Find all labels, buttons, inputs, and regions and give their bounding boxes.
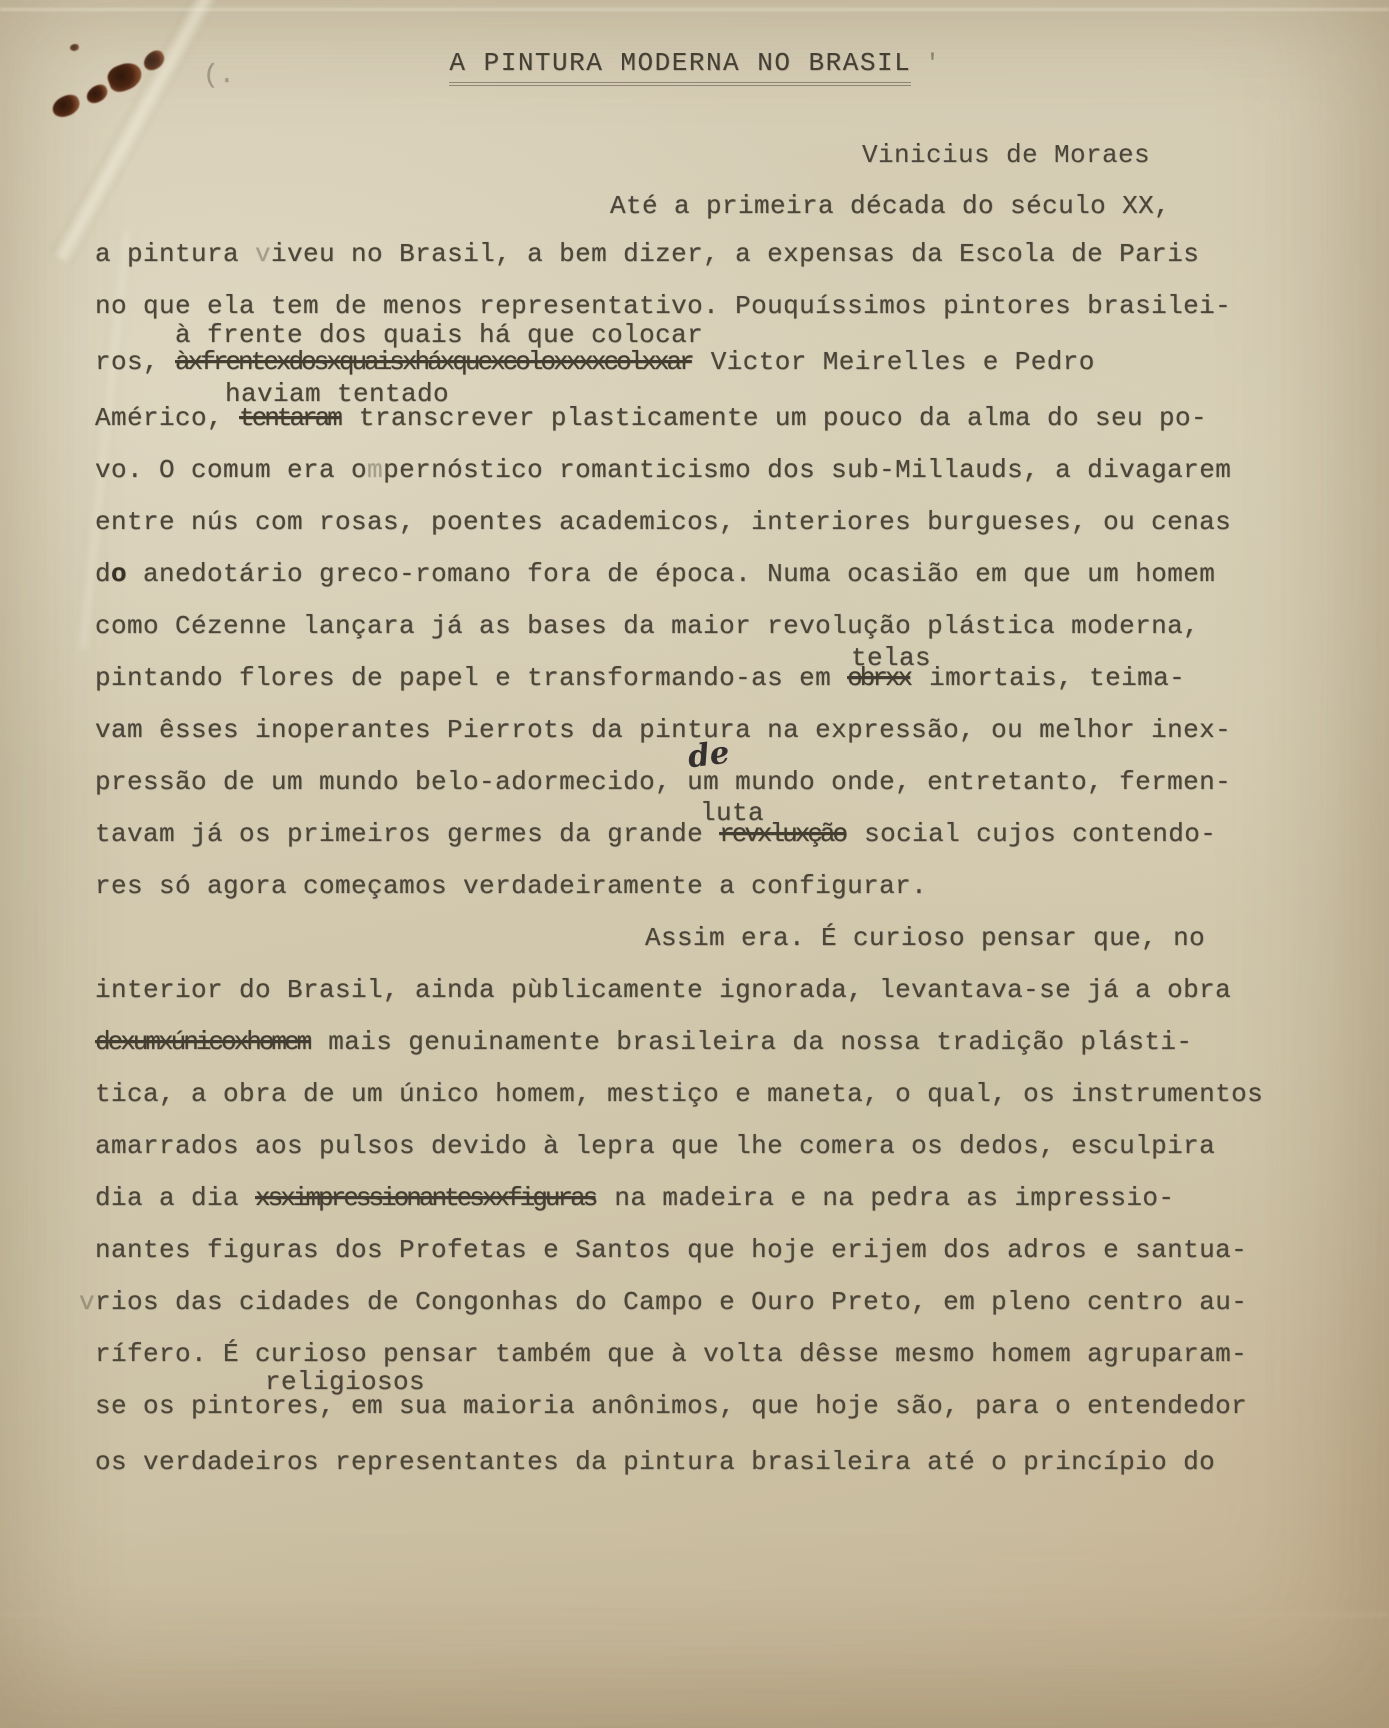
text-segment: se os pintores, em sua maioria anônimos,… — [95, 1391, 1247, 1421]
text-segment: Victor Meirelles e Pedro — [695, 347, 1095, 377]
struck-text-segment: xsximpressionantesxxfiguras — [255, 1183, 595, 1213]
author-name: Vinicius de Moraes — [862, 140, 1150, 170]
text-segment: como Cézenne lançara já as bases da maio… — [95, 611, 1199, 641]
paper-crease — [0, 1612, 1389, 1617]
text-line: entre nús com rosas, poentes academicos,… — [95, 509, 1231, 535]
text-segment: o — [111, 559, 127, 589]
text-line: tavam já os primeiros germes da grande r… — [95, 821, 1216, 847]
paper-crease — [50, 0, 233, 265]
text-line: ros, àxfrentexdosxquaisxháxquexcoloxxxxc… — [95, 349, 1095, 375]
text-line: res só agora começamos verdadeiramente a… — [95, 873, 927, 899]
text-line: como Cézenne lançara já as bases da maio… — [95, 613, 1199, 639]
struck-text-segment: dexumxúnicoxhomem — [95, 1027, 309, 1057]
text-segment: transcrever plasticamente um pouco da al… — [343, 403, 1207, 433]
text-line: interior do Brasil, ainda pùblicamente i… — [95, 977, 1231, 1003]
text-segment: pintando flores de papel e transformando… — [95, 663, 847, 693]
text-line: a pintura viveu no Brasil, a bem dizer, … — [95, 241, 1199, 267]
struck-text-segment: àxfrentexdosxquaisxháxquexcoloxxxxcolxxa… — [175, 347, 692, 377]
text-line: do anedotário greco-romano fora de época… — [95, 561, 1215, 587]
text-segment: na madeira e na pedra as impressio- — [598, 1183, 1174, 1213]
document-title: A PINTURA MODERNA NO BRASIL — [449, 48, 911, 86]
text-segment: social cujos contendo- — [848, 819, 1216, 849]
text-segment: anedotário greco-romano fora de época. N… — [127, 559, 1215, 589]
text-segment: m — [367, 455, 383, 485]
text-line: vrios das cidades de Congonhas do Campo … — [79, 1289, 1247, 1315]
text-line: pressão de um mundo belo-adormecido, um … — [95, 769, 1231, 795]
text-line: Assim era. É curioso pensar que, no — [645, 925, 1205, 951]
text-line: amarrados aos pulsos devido à lepra que … — [95, 1133, 1215, 1159]
text-segment: v — [255, 239, 271, 269]
text-segment: (. — [203, 60, 235, 90]
text-segment: vam êsses inoperantes Pierrots da pintur… — [95, 715, 1231, 745]
text-segment: no que ela tem de menos representativo. … — [95, 291, 1231, 321]
text-segment: nantes figuras dos Profetas e Santos que… — [95, 1235, 1247, 1265]
stray-mark: ' — [925, 51, 939, 78]
text-line: tica, a obra de um único homem, mestiço … — [95, 1081, 1263, 1107]
text-segment: interior do Brasil, ainda pùblicamente i… — [95, 975, 1231, 1005]
text-line: Até a primeira década do século XX, — [610, 193, 1170, 219]
text-line: rífero. É curioso pensar também que à vo… — [95, 1341, 1247, 1367]
text-line: vo. O comum era ompernóstico romanticism… — [95, 457, 1231, 483]
text-segment: mais genuinamente brasileira da nossa tr… — [312, 1027, 1192, 1057]
text-segment: d — [95, 559, 111, 589]
text-line: (. — [203, 62, 235, 88]
text-segment: a pintura — [95, 239, 255, 269]
text-segment: os verdadeiros representantes da pintura… — [95, 1447, 1215, 1477]
text-segment: Américo, — [95, 403, 239, 433]
text-segment: Até a primeira década do século XX, — [610, 191, 1170, 221]
text-line: vam êsses inoperantes Pierrots da pintur… — [95, 717, 1231, 743]
struck-text-segment: revxluxção — [719, 819, 845, 849]
struck-text-segment: obrxx — [847, 663, 910, 693]
text-segment: vo. O comum era o — [95, 455, 367, 485]
text-segment: rífero. É curioso pensar também que à vo… — [95, 1339, 1247, 1369]
text-line: à frente dos quais há que colocar — [175, 322, 703, 348]
text-segment: ros, — [95, 347, 175, 377]
text-line: Américo, tentaram transcrever plasticame… — [95, 405, 1207, 431]
text-line: no que ela tem de menos representativo. … — [95, 293, 1231, 319]
text-segment: tavam já os primeiros germes da grande — [95, 819, 719, 849]
text-segment: rios das cidades de Congonhas do Campo e… — [95, 1287, 1247, 1317]
scanned-typescript-page: { "document": { "title": "A PINTURA MODE… — [0, 0, 1389, 1728]
text-line: se os pintores, em sua maioria anônimos,… — [95, 1393, 1247, 1419]
paper-crease — [0, 8, 1389, 11]
text-line: os verdadeiros representantes da pintura… — [95, 1449, 1215, 1475]
text-segment: imortais, teima- — [913, 663, 1185, 693]
text-segment: amarrados aos pulsos devido à lepra que … — [95, 1131, 1215, 1161]
text-segment: dia a dia — [95, 1183, 255, 1213]
struck-text-segment: tentaram — [239, 403, 340, 433]
text-line: nantes figuras dos Profetas e Santos que… — [95, 1237, 1247, 1263]
text-segment: v — [79, 1287, 95, 1317]
ink-stain — [84, 82, 111, 106]
text-segment: pernóstico romanticismo dos sub-Millauds… — [383, 455, 1231, 485]
text-segment: à frente dos quais há que colocar — [175, 320, 703, 350]
text-line: pintando flores de papel e transformando… — [95, 665, 1185, 691]
text-segment: pressão de um mundo belo-adormecido, um … — [95, 767, 1231, 797]
text-segment: res só agora começamos verdadeiramente a… — [95, 871, 927, 901]
text-segment: tica, a obra de um único homem, mestiço … — [95, 1079, 1263, 1109]
text-segment: iveu no Brasil, a bem dizer, a expensas … — [271, 239, 1199, 269]
text-segment: entre nús com rosas, poentes academicos,… — [95, 507, 1231, 537]
text-line: dia a dia xsximpressionantesxxfiguras na… — [95, 1185, 1174, 1211]
ink-stain — [50, 92, 83, 120]
text-segment: Assim era. É curioso pensar que, no — [645, 923, 1205, 953]
text-line: dexumxúnicoxhomem mais genuinamente bras… — [95, 1029, 1192, 1055]
